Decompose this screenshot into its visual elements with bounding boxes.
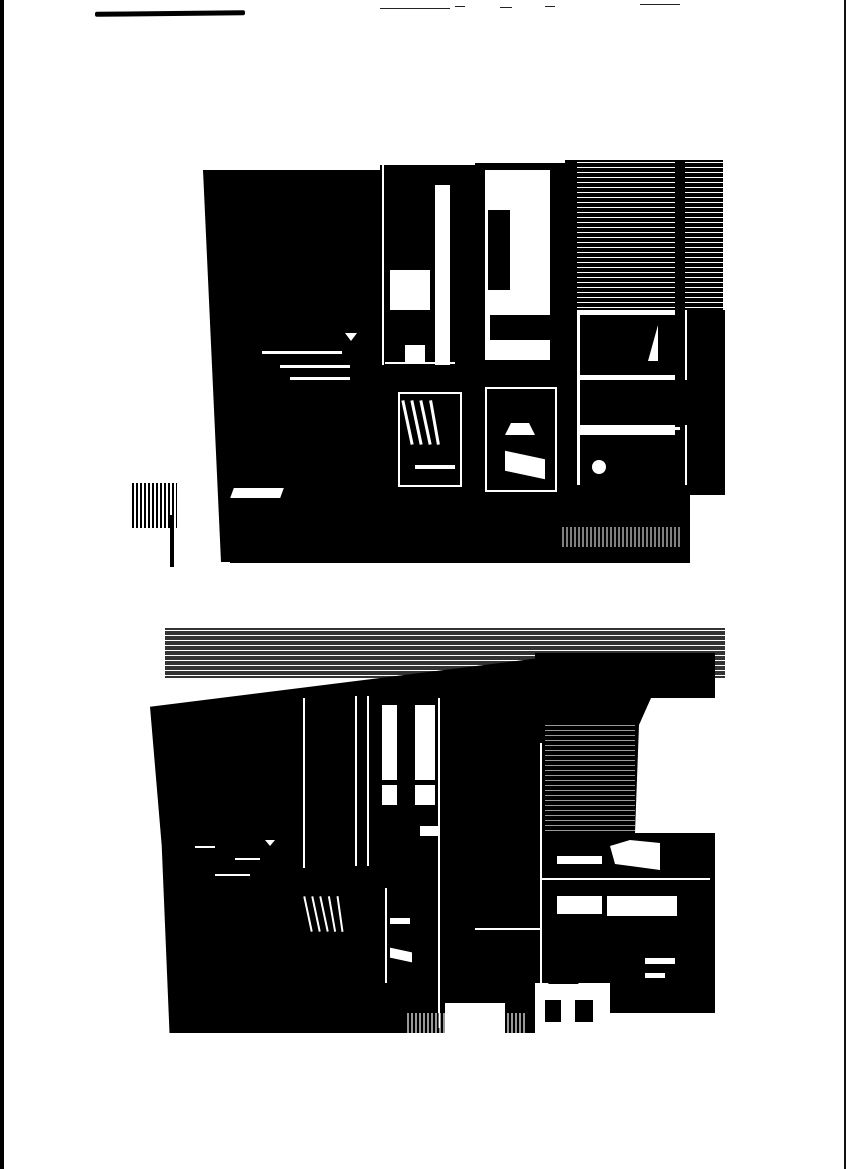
glass-reflection bbox=[382, 705, 397, 780]
photo-cabinet-1 bbox=[130, 155, 725, 567]
shelf-edge bbox=[540, 878, 710, 880]
glass-door-edge bbox=[385, 888, 387, 983]
papers-on-shelf bbox=[557, 856, 602, 864]
glass-door-edge bbox=[438, 698, 440, 1028]
papers bbox=[262, 351, 342, 354]
monitor-screen bbox=[580, 315, 675, 375]
white-box-hole bbox=[575, 1000, 593, 1022]
shelf-edge bbox=[580, 427, 680, 430]
bookshelf-frame bbox=[460, 392, 462, 487]
display-item bbox=[390, 270, 430, 310]
open-shelf-frame bbox=[485, 490, 557, 492]
stacked-papers bbox=[390, 918, 410, 924]
papers bbox=[195, 846, 215, 848]
glass-reflection bbox=[382, 785, 397, 805]
bookshelf-frame bbox=[398, 485, 462, 487]
display-item bbox=[420, 826, 438, 836]
wall-texture bbox=[568, 160, 723, 310]
paper-scrap bbox=[645, 973, 665, 978]
shelf-edge bbox=[475, 928, 540, 930]
glass-reflection bbox=[415, 705, 435, 780]
shelf-item bbox=[592, 460, 606, 474]
white-box-hole bbox=[545, 1000, 561, 1022]
photo-cabinet-2 bbox=[145, 628, 725, 1040]
scan-right-edge bbox=[844, 0, 846, 1169]
side-table-leg bbox=[170, 515, 174, 567]
papers-on-shelf bbox=[607, 896, 677, 916]
shelf-edge bbox=[385, 362, 455, 364]
papers bbox=[290, 377, 350, 380]
shelving-upright bbox=[565, 160, 577, 510]
bookshelf-frame bbox=[398, 392, 462, 394]
bookshelf-frame bbox=[398, 392, 400, 487]
shelf-papers bbox=[415, 465, 455, 469]
paper-scrap bbox=[645, 958, 675, 964]
display-item bbox=[490, 315, 550, 340]
glass-door-edge bbox=[303, 698, 305, 868]
scan-artifact-line bbox=[95, 10, 245, 17]
open-shelf-frame bbox=[485, 387, 557, 389]
white-box-lid bbox=[548, 974, 582, 984]
papers-on-shelf bbox=[557, 896, 602, 914]
scan-artifact-line bbox=[640, 4, 680, 5]
box-on-floor bbox=[230, 488, 284, 498]
display-item bbox=[495, 340, 545, 358]
papers bbox=[235, 858, 260, 860]
scan-artifact-line bbox=[500, 7, 512, 8]
scan-artifact-line bbox=[545, 6, 555, 7]
open-shelf-frame bbox=[485, 387, 487, 492]
display-item bbox=[488, 210, 510, 290]
display-item bbox=[405, 345, 425, 363]
glass-reflection bbox=[415, 785, 435, 805]
glass-door-edge bbox=[367, 696, 369, 866]
floor-shadow bbox=[560, 527, 680, 547]
glass-door-edge bbox=[382, 165, 384, 365]
scan-left-edge bbox=[0, 0, 4, 1169]
papers bbox=[280, 365, 350, 368]
wall-texture bbox=[545, 723, 635, 833]
papers bbox=[215, 874, 250, 876]
floor-light bbox=[445, 1003, 505, 1038]
glass-door-edge bbox=[355, 696, 357, 866]
scan-artifact-line bbox=[380, 8, 450, 9]
display-item bbox=[435, 185, 450, 365]
scan-artifact-line bbox=[455, 6, 465, 7]
right-panel bbox=[687, 310, 725, 495]
open-shelf-frame bbox=[555, 387, 557, 492]
window-light bbox=[635, 698, 715, 833]
